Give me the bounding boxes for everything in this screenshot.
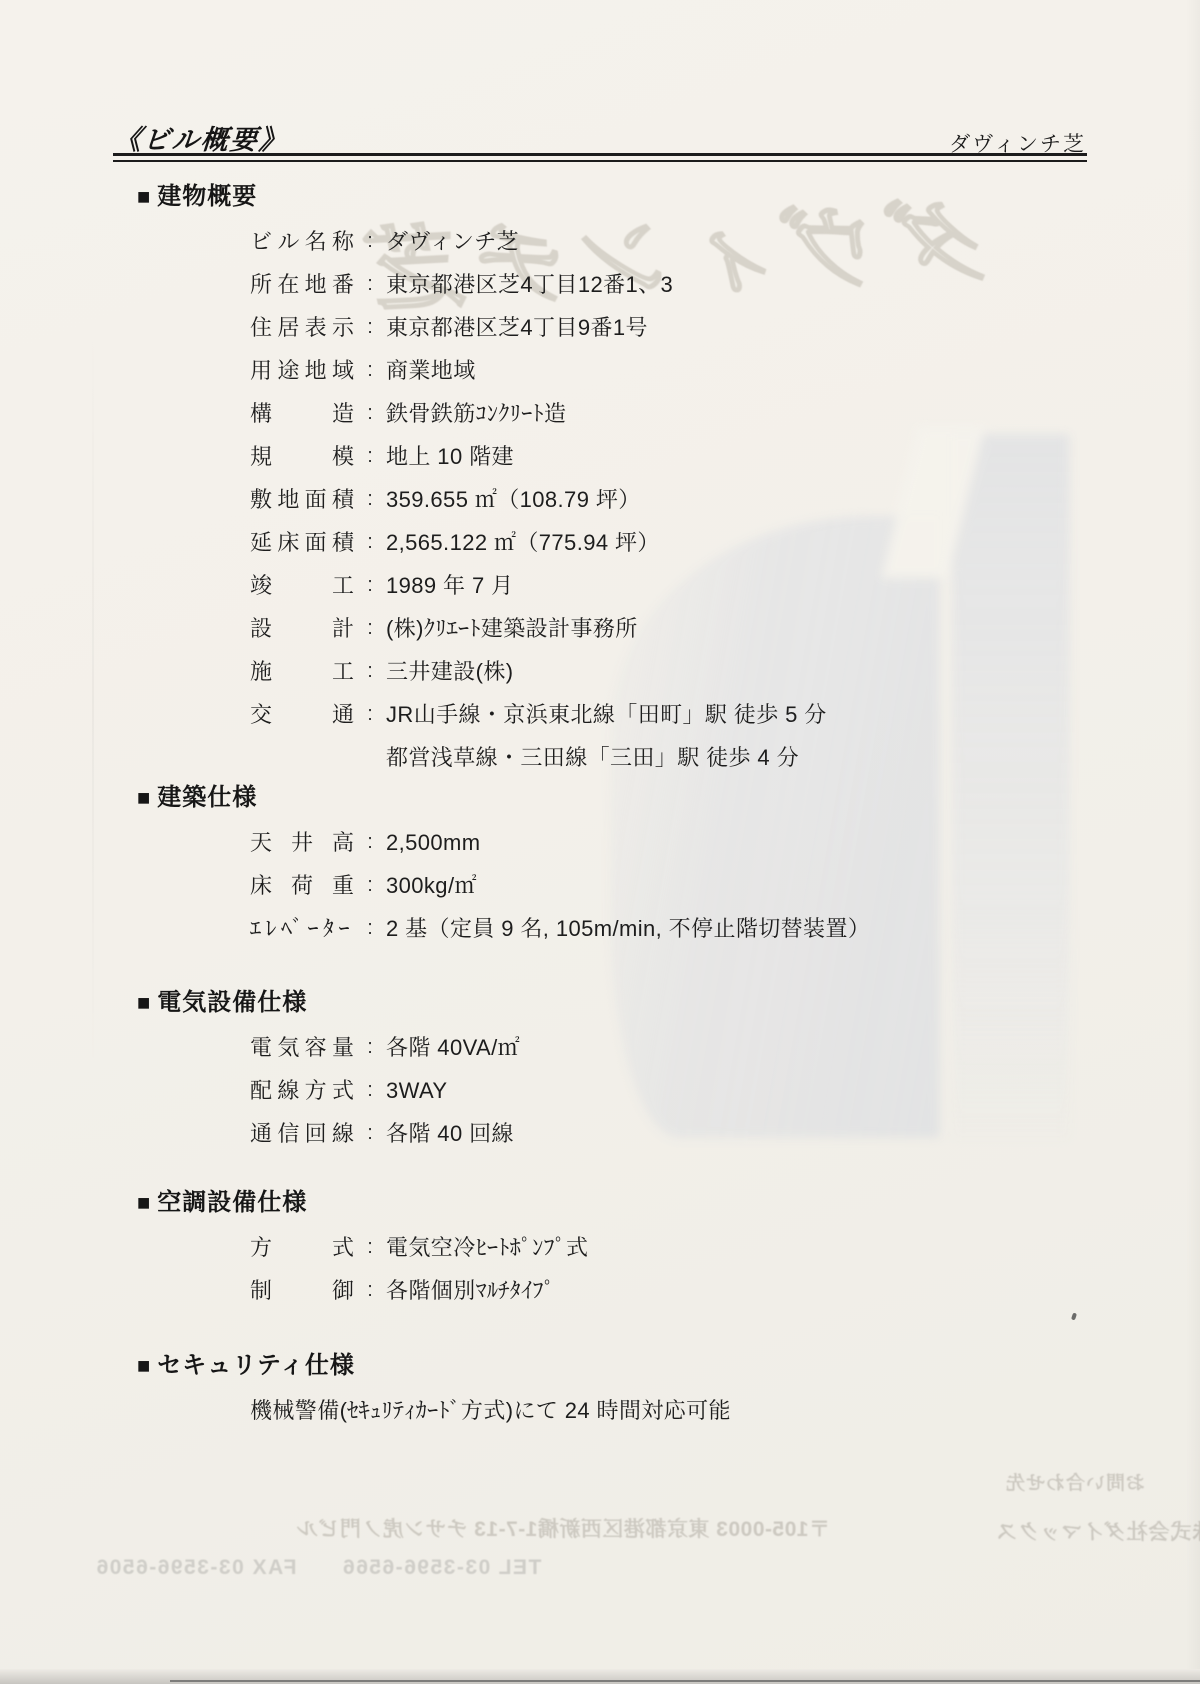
spec-row: 通信回線 : 各階 40 回線 [250,1112,1140,1155]
row-value: 各階 40 回線 [386,1112,514,1155]
row-colon: : [365,693,375,736]
section-heading: ■建物概要 [137,182,1140,212]
row-value: 三井建設(株) [386,650,513,693]
spec-section: ■電気設備仕様 電気容量 : 各階 40VA/㎡ 配線方式 : 3WAY 通信回… [137,988,1140,1155]
spec-row: 用途地域 : 商業地域 [250,349,1140,392]
row-label: 住居表示 [250,306,354,349]
section-rows: 方 式 : 電気空冷ﾋｰﾄﾎﾟﾝﾌﾟ式 制 御 : 各階個別ﾏﾙﾁﾀｲﾌﾟ [250,1226,1140,1312]
row-value: 各階 40VA/㎡ [386,1026,520,1069]
section-title: セキュリティ仕様 [157,1352,355,1379]
row-label: 用途地域 [250,349,354,392]
header-divider [113,153,1087,162]
section-title: 建物概要 [157,183,257,210]
spec-row: 制 御 : 各階個別ﾏﾙﾁﾀｲﾌﾟ [250,1269,1140,1312]
row-label: 構 造 [250,392,354,435]
section-bullet-icon: ■ [137,1190,151,1215]
spec-row: 構 造 : 鉄骨鉄筋ｺﾝｸﾘｰﾄ造 [250,392,1140,435]
spec-row: 電気容量 : 各階 40VA/㎡ [250,1026,1140,1069]
section-heading: ■建築仕様 [137,783,1140,813]
row-label: 交 通 [250,693,354,736]
row-label: 天 井 高 [250,821,354,864]
spec-row: 施 工 : 三井建設(株) [250,650,1140,693]
bleedthrough-contact-label: お問い合わせ先 [1005,1468,1145,1495]
spec-row: 住居表示 : 東京都港区芝4丁目9番1号 [250,306,1140,349]
spec-row: 配線方式 : 3WAY [250,1069,1140,1112]
row-colon: : [365,1069,375,1112]
scan-bottom-edge [0,1669,1200,1684]
section-rows: 機械警備(ｾｷｭﾘﾃｨｶｰﾄﾞ方式)にて 24 時間対応可能 [250,1389,1140,1432]
row-value: 1989 年 7 月 [386,564,514,607]
row-value: 300kg/㎡ [386,864,477,907]
row-value: (株)ｸﾘｴｰﾄ建築設計事務所 [386,607,638,650]
row-colon: : [365,650,375,693]
row-colon: : [365,1226,375,1269]
section-bullet-icon: ■ [137,785,151,810]
row-label: 設 計 [250,607,354,650]
row-colon: : [365,521,375,564]
section-note: 機械警備(ｾｷｭﾘﾃｨｶｰﾄﾞ方式)にて 24 時間対応可能 [250,1389,1140,1432]
scanned-document-page: 《ビル概要》 ダヴィンチ芝 ダヴィンチ芝 ■建物概要 ビル名称 : ダヴィンチ芝… [0,0,1200,1684]
row-colon: : [365,907,375,950]
document-title: 《ビル概要》 [113,118,290,157]
row-label: ｴﾚﾍﾞｰﾀｰ [250,907,354,950]
section-bullet-icon: ■ [137,184,151,209]
row-colon: : [365,864,375,907]
row-label: 配線方式 [250,1069,354,1112]
paper-speck [1071,1313,1077,1321]
section-heading: ■空調設備仕様 [137,1188,1140,1218]
row-label: 方 式 [250,1226,354,1269]
scan-edge-shadow [1186,0,1200,1684]
row-label: 通信回線 [250,1112,354,1155]
spec-row: 敷地面積 : 359.655 ㎡（108.79 坪） [250,478,1140,521]
row-label: ビル名称 [250,220,354,263]
section-rows: ビル名称 : ダヴィンチ芝 所在地番 : 東京都港区芝4丁目12番1、3 住居表… [250,220,1140,779]
row-label: 竣 工 [250,564,354,607]
row-label: 敷地面積 [250,478,354,521]
spec-row: 方 式 : 電気空冷ﾋｰﾄﾎﾟﾝﾌﾟ式 [250,1226,1140,1269]
row-value: 商業地域 [386,349,476,392]
row-label: 床 荷 重 [250,864,354,907]
row-colon: : [365,607,375,650]
row-value: 地上 10 階建 [386,435,514,478]
spec-row: ｴﾚﾍﾞｰﾀｰ : 2 基（定員 9 名, 105m/min, 不停止階切替装置… [250,907,1140,950]
row-value: 3WAY [386,1069,448,1112]
row-value: 2 基（定員 9 名, 105m/min, 不停止階切替装置） [386,907,870,950]
bleedthrough-phone-fax: TEL 03-3596-6566 FAX 03-3596-6506 [95,1551,541,1581]
spec-row: 天 井 高 : 2,500mm [250,821,1140,864]
bleedthrough-company-name: 株式会社ダイマックス [995,1516,1200,1546]
section-title: 空調設備仕様 [157,1189,307,1216]
row-value: ダヴィンチ芝 [386,220,519,263]
section-bullet-icon: ■ [137,990,151,1015]
spec-section: ■空調設備仕様 方 式 : 電気空冷ﾋｰﾄﾎﾟﾝﾌﾟ式 制 御 : 各階個別ﾏﾙ… [137,1188,1140,1312]
scan-bottom-edge-line [170,1680,1200,1682]
spec-row: 延床面積 : 2,565.122 ㎡（775.94 坪） [250,521,1140,564]
spec-row: 交 通 : JR山手線・京浜東北線「田町」駅 徒歩 5 分 都営浅草線・三田線「… [250,693,1140,779]
spec-row: 床 荷 重 : 300kg/㎡ [250,864,1140,907]
row-colon: : [365,1112,375,1155]
row-label: 制 御 [250,1269,354,1312]
row-value: 東京都港区芝4丁目9番1号 [386,306,648,349]
bleedthrough-address: 〒105-0003 東京都港区西新橋1-7-13 チサン虎ノ門ビル [108,1513,830,1543]
row-colon: : [365,564,375,607]
row-label: 延床面積 [250,521,354,564]
row-value2: 都営浅草線・三田線「三田」駅 徒歩 4 分 [250,736,1140,779]
spec-row: ビル名称 : ダヴィンチ芝 [250,220,1140,263]
row-colon: : [365,263,375,306]
spec-row: 設 計 : (株)ｸﾘｴｰﾄ建築設計事務所 [250,607,1140,650]
row-value: 電気空冷ﾋｰﾄﾎﾟﾝﾌﾟ式 [386,1226,588,1269]
spec-section: ■建物概要 ビル名称 : ダヴィンチ芝 所在地番 : 東京都港区芝4丁目12番1… [137,182,1140,779]
spec-row: 規 模 : 地上 10 階建 [250,435,1140,478]
spec-row: 所在地番 : 東京都港区芝4丁目12番1、3 [250,263,1140,306]
section-rows: 電気容量 : 各階 40VA/㎡ 配線方式 : 3WAY 通信回線 : 各階 4… [250,1026,1140,1155]
paper-crease [92,320,94,1080]
row-colon: : [365,392,375,435]
row-value: 2,500mm [386,821,481,864]
row-colon: : [365,220,375,263]
row-label: 施 工 [250,650,354,693]
section-heading: ■セキュリティ仕様 [137,1351,1140,1381]
row-label: 所在地番 [250,263,354,306]
section-title: 建築仕様 [157,784,257,811]
row-value: 各階個別ﾏﾙﾁﾀｲﾌﾟ [386,1269,555,1312]
row-value: 2,565.122 ㎡（775.94 坪） [386,521,660,564]
row-colon: : [365,478,375,521]
row-colon: : [365,349,375,392]
row-value: 東京都港区芝4丁目12番1、3 [386,263,673,306]
row-value: 鉄骨鉄筋ｺﾝｸﾘｰﾄ造 [386,392,566,435]
section-heading: ■電気設備仕様 [137,988,1140,1018]
section-rows: 天 井 高 : 2,500mm 床 荷 重 : 300kg/㎡ ｴﾚﾍﾞｰﾀｰ … [250,821,1140,950]
spec-section: ■セキュリティ仕様 機械警備(ｾｷｭﾘﾃｨｶｰﾄﾞ方式)にて 24 時間対応可能 [137,1351,1140,1432]
row-label: 規 模 [250,435,354,478]
row-value: 359.655 ㎡（108.79 坪） [386,478,641,521]
spec-row: 竣 工 : 1989 年 7 月 [250,564,1140,607]
row-label: 電気容量 [250,1026,354,1069]
row-colon: : [365,821,375,864]
row-value: JR山手線・京浜東北線「田町」駅 徒歩 5 分 [386,693,827,736]
section-title: 電気設備仕様 [157,989,307,1016]
row-colon: : [365,306,375,349]
row-colon: : [365,1026,375,1069]
row-colon: : [365,435,375,478]
row-colon: : [365,1269,375,1312]
section-bullet-icon: ■ [137,1353,151,1378]
spec-section: ■建築仕様 天 井 高 : 2,500mm 床 荷 重 : 300kg/㎡ ｴﾚ… [137,783,1140,950]
